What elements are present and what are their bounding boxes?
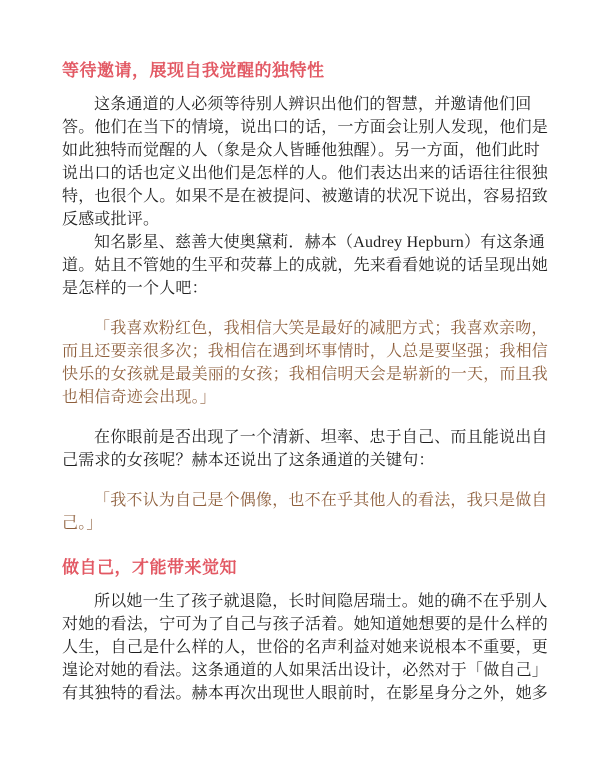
- section-be-yourself: 做自己，才能带来觉知 所以她一生了孩子就退隐，长时间隐居瑞士。她的确不在乎别人 …: [62, 555, 600, 705]
- text-line: 有其独特的看法。赫本再次出现世人眼前时，在影星身分之外，她多: [62, 682, 600, 705]
- text-line: 反感或批评。: [62, 208, 600, 231]
- document-page: 等待邀请，展现自我觉醒的独特性 这条通道的人必须等待别人辨识出他们的智慧，并邀请…: [0, 0, 600, 776]
- paragraph: 所以她一生了孩子就退隐，长时间隐居瑞士。她的确不在乎别人 对她的看法，宁可为了自…: [62, 590, 600, 705]
- quote-paragraph: 「我喜欢粉红色，我相信大笑是最好的减肥方式；我喜欢亲吻， 而且还要亲很多次；我相…: [62, 317, 600, 409]
- text-line: 己需求的女孩呢？赫本还说出了这条通道的关键句：: [62, 449, 600, 472]
- section-heading: 等待邀请，展现自我觉醒的独特性: [62, 58, 600, 84]
- text-line: 人生，自己是什么样的人，世俗的名声利益对她来说根本不重要，更: [62, 636, 600, 659]
- text-line: 说出口的话也定义出他们是怎样的人。他们表达出来的话语往往很独: [62, 162, 600, 185]
- text-line: 道。姑且不管她的生平和荧幕上的成就，先来看看她说的话呈现出她: [62, 254, 600, 277]
- paragraph: 知名影星、慈善大使奥黛莉．赫本（Audrey Hepburn）有这条通 道。姑且…: [62, 231, 600, 300]
- text-line: 特，也很个人。如果不是在被提问、被邀请的状况下说出，容易招致: [62, 185, 600, 208]
- quote-line: 「我喜欢粉红色，我相信大笑是最好的减肥方式；我喜欢亲吻，: [62, 317, 600, 340]
- text-line: 答。他们在当下的情境，说出口的话，一方面会让别人发现，他们是: [62, 116, 600, 139]
- quote-line: 也相信奇迹会出现。」: [62, 386, 600, 409]
- section-heading: 做自己，才能带来觉知: [62, 555, 600, 581]
- quote-line: 而且还要亲很多次；我相信在遇到坏事情时，人总是要坚强；我相信: [62, 340, 600, 363]
- text-line: 在你眼前是否出现了一个清新、坦率、忠于自己、而且能说出自: [62, 426, 600, 449]
- text-line: 知名影星、慈善大使奥黛莉．赫本（Audrey Hepburn）有这条通: [62, 231, 600, 254]
- text-line: 是怎样的一个人吧：: [62, 277, 600, 300]
- quote-paragraph: 「我不认为自己是个偶像，也不在乎其他人的看法，我只是做自 己。」: [62, 489, 600, 535]
- quote-line: 快乐的女孩就是最美丽的女孩；我相信明天会是崭新的一天，而且我: [62, 363, 600, 386]
- text-line: 遑论对她的看法。这条通道的人如果活出设计，必然对于「做自己」: [62, 659, 600, 682]
- quote-line: 己。」: [62, 512, 600, 535]
- paragraph: 在你眼前是否出现了一个清新、坦率、忠于自己、而且能说出自 己需求的女孩呢？赫本还…: [62, 426, 600, 472]
- quote-line: 「我不认为自己是个偶像，也不在乎其他人的看法，我只是做自: [62, 489, 600, 512]
- text-line: 如此独特而觉醒的人（象是众人皆睡他独醒）。另一方面，他们此时: [62, 139, 600, 162]
- text-line: 对她的看法，宁可为了自己与孩子活着。她知道她想要的是什么样的: [62, 613, 600, 636]
- text-line: 这条通道的人必须等待别人辨识出他们的智慧，并邀请他们回: [62, 93, 600, 116]
- text-line: 所以她一生了孩子就退隐，长时间隐居瑞士。她的确不在乎别人: [62, 590, 600, 613]
- paragraph: 这条通道的人必须等待别人辨识出他们的智慧，并邀请他们回 答。他们在当下的情境，说…: [62, 93, 600, 231]
- section-await-invitation: 等待邀请，展现自我觉醒的独特性 这条通道的人必须等待别人辨识出他们的智慧，并邀请…: [62, 58, 600, 535]
